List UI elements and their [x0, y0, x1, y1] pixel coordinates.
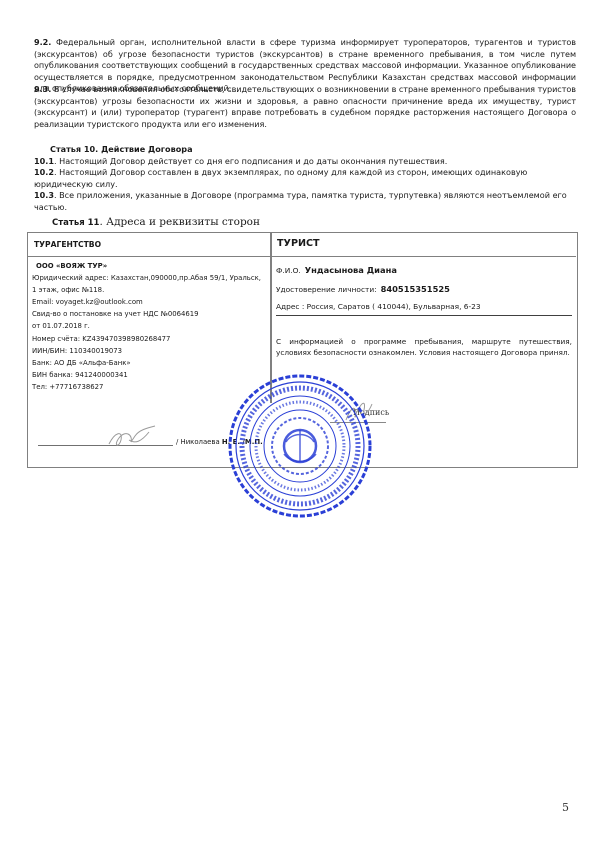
- clause-10-1: 10.1. Настоящий Договор действует со дня…: [34, 156, 576, 168]
- signatory-name: / Николаева: [176, 438, 222, 446]
- official-stamp-icon: [226, 372, 374, 520]
- tourist-details: Ф.И.О.Ундасынова Диана Удостоверение лич…: [276, 261, 572, 358]
- agency-bank: Банк: АО ДБ «Альфа-Банк»: [32, 357, 268, 369]
- tourist-fio: Ф.И.О.Ундасынова Диана: [276, 261, 572, 280]
- id-label: Удостоверение личности:: [276, 285, 377, 294]
- clause-10-3: 10.3. Все приложения, указанные в Догово…: [34, 190, 576, 213]
- clause-10-2: 10.2. Настоящий Договор составлен в двух…: [34, 167, 576, 190]
- article-10-title: Статья 10. Действие Договора: [34, 144, 576, 156]
- article-11-text: . Адреса и реквизиты сторон: [99, 216, 260, 228]
- agency-line: Юридический адрес: Казахстан,090000,пр.А…: [32, 272, 268, 284]
- fio-value: Ундасынова Диана: [305, 265, 397, 275]
- tourist-acknowledgement: С информацией о программе пребывания, ма…: [276, 337, 572, 358]
- agency-name: ООО «ВОЯЖ ТУР»: [32, 260, 268, 272]
- article-11-title: Статья 11. Адреса и реквизиты сторон: [52, 215, 260, 228]
- page-number: 5: [562, 801, 569, 814]
- agency-email: Email: voyaget.kz@outlook.com: [32, 296, 268, 308]
- article-11-label: Статья 11: [52, 218, 99, 228]
- tourist-header: ТУРИСТ: [271, 233, 576, 257]
- fio-label: Ф.И.О.: [276, 266, 301, 275]
- clause-text: В случае возникновения обстоятельств, св…: [34, 84, 576, 129]
- agency-line: 1 этаж, офис №118.: [32, 284, 268, 296]
- clause-9-3: 9.3. В случае возникновения обстоятельст…: [34, 84, 576, 130]
- clause-text: . Настоящий Договор составлен в двух экз…: [34, 167, 527, 189]
- clause-number: 10.1: [34, 156, 54, 166]
- agency-account: Номер счёта: KZ439470398980268477: [32, 333, 268, 345]
- agency-iin: ИИН/БИН: 110340019073: [32, 345, 268, 357]
- clause-number: 9.2.: [34, 37, 51, 47]
- agency-header: ТУРАГЕНТСТВО: [28, 233, 271, 257]
- agency-line: от 01.07.2018 г.: [32, 320, 268, 332]
- clause-number: 10.3: [34, 190, 54, 200]
- agency-signature-icon: [105, 424, 165, 454]
- clause-number: 9.3.: [34, 84, 51, 94]
- clause-text: . Настоящий Договор действует со дня его…: [54, 156, 447, 166]
- tourist-address: Адрес : Россия, Саратов ( 410044), Бульв…: [276, 299, 572, 316]
- id-value: 840515351525: [381, 284, 450, 294]
- tourist-id: Удостоверение личности:840515351525: [276, 280, 572, 299]
- article-10: Статья 10. Действие Договора 10.1. Насто…: [34, 144, 576, 214]
- clause-text: . Все приложения, указанные в Договоре (…: [34, 190, 567, 212]
- clause-number: 10.2: [34, 167, 54, 177]
- agency-line: Свид-во о постановке на учет НДС №006461…: [32, 308, 268, 320]
